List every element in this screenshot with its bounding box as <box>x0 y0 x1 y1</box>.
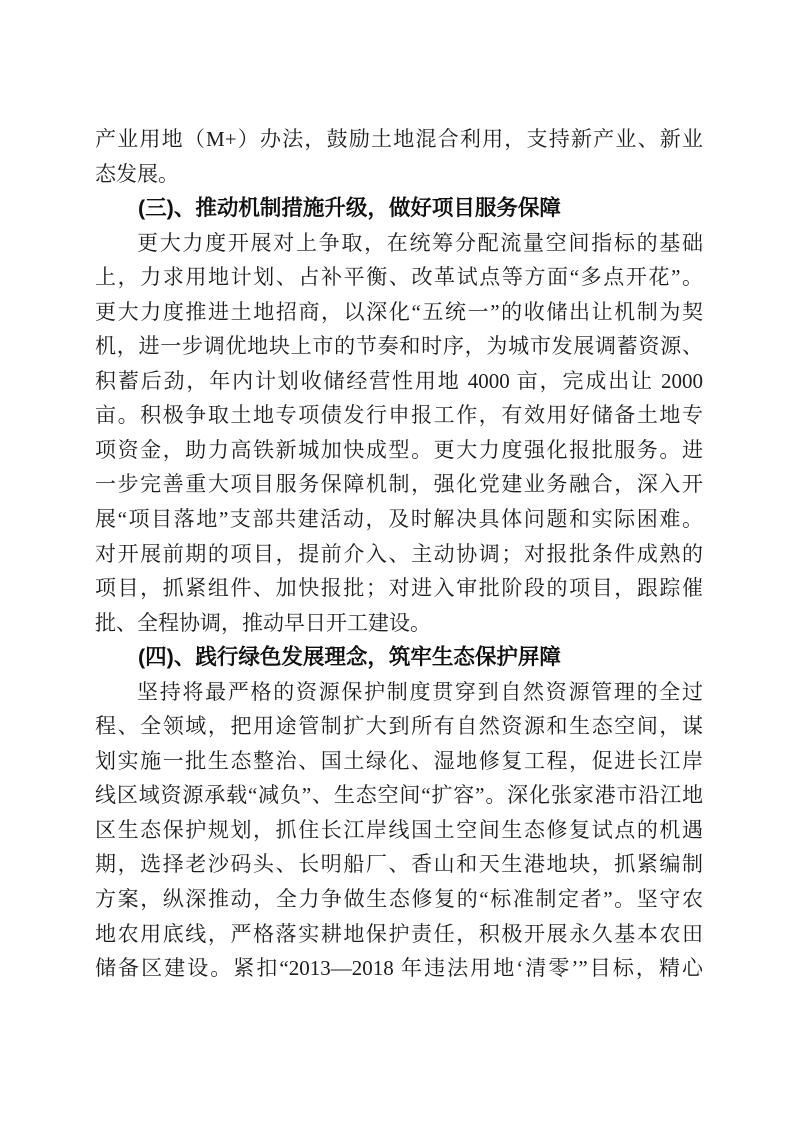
body-text-line: 项资金，助力高铁新城加快成型。更大力度强化报批服务。进 <box>95 433 703 468</box>
body-text-line: 方案，纵深推动，全力争做生态修复的“标准制定者”。坚守农 <box>95 882 703 917</box>
body-text-line: 展“项目落地”支部共建活动，及时解决具体问题和实际困难。 <box>95 502 703 537</box>
body-text-line: 项目，抓紧组件、加快报批；对进入审批阶段的项目，跟踪催 <box>95 571 703 606</box>
body-text-line: 划实施一批生态整治、国土绿化、湿地修复工程，促进长江岸 <box>95 744 703 779</box>
body-text-line: 对开展前期的项目，提前介入、主动协调；对报批条件成熟的 <box>95 537 703 572</box>
body-text-line: 产业用地（M+）办法，鼓励土地混合利用，支持新产业、新业 <box>95 122 703 157</box>
body-text-line: 期，选择老沙码头、长明船厂、香山和天生港地块，抓紧编制 <box>95 847 703 882</box>
body-text-line: 储备区建设。紧扣“2013—2018 年违法用地‘清零’”目标，精心 <box>95 951 703 986</box>
body-text-line: 线区域资源承载“减负”、生态空间“扩容”。深化张家港市沿江地 <box>95 778 703 813</box>
body-text-line: 亩。积极争取土地专项债发行申报工作，有效用好储备土地专 <box>95 398 703 433</box>
body-text-line: 积蓄后劲，年内计划收储经营性用地 4000 亩，完成出让 2000 <box>95 364 703 399</box>
body-text-line: 批、全程协调，推动早日开工建设。 <box>95 606 703 641</box>
body-text-line: 上，力求用地计划、占补平衡、改革试点等方面“多点开花”。 <box>95 260 703 295</box>
document-page: 产业用地（M+）办法，鼓励土地混合利用，支持新产业、新业 态发展。 (三)、推动… <box>0 0 793 1122</box>
section-heading-3: (三)、推动机制措施升级，做好项目服务保障 <box>95 191 703 226</box>
body-text-line: 坚持将最严格的资源保护制度贯穿到自然资源管理的全过 <box>95 675 703 710</box>
body-text-line: 区生态保护规划，抓住长江岸线国土空间生态修复试点的机遇 <box>95 813 703 848</box>
body-text-line: 机，进一步调优地块上市的节奏和时序，为城市发展调蓄资源、 <box>95 329 703 364</box>
page-text-content: 产业用地（M+）办法，鼓励土地混合利用，支持新产业、新业 态发展。 (三)、推动… <box>95 122 703 986</box>
body-text-line: 地农用底线，严格落实耕地保护责任，积极开展永久基本农田 <box>95 917 703 952</box>
section-heading-4: (四)、践行绿色发展理念，筑牢生态保护屏障 <box>95 640 703 675</box>
body-text-line: 更大力度开展对上争取，在统筹分配流量空间指标的基础 <box>95 226 703 261</box>
body-text-line: 程、全领域，把用途管制扩大到所有自然资源和生态空间，谋 <box>95 709 703 744</box>
body-text-line: 态发展。 <box>95 157 703 192</box>
body-text-line: 一步完善重大项目服务保障机制，强化党建业务融合，深入开 <box>95 467 703 502</box>
body-text-line: 更大力度推进土地招商，以深化“五统一”的收储出让机制为契 <box>95 295 703 330</box>
